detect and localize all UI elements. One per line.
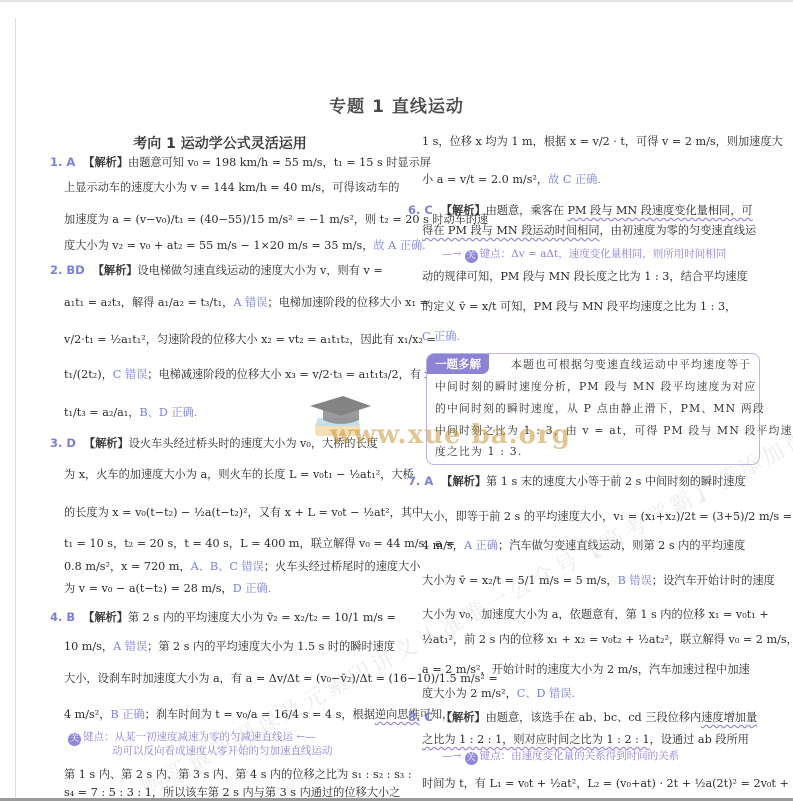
arrow-right-icon: —→ bbox=[442, 248, 465, 260]
q8-line-1: 8. C【解析】由题意，该选手在 ab、bc、cd 三段位移内速度增加量 bbox=[408, 710, 757, 725]
q6-line-3: 动的规律可知，PM 段与 MN 段长度之比为 1 : 3，结合平均速度 bbox=[422, 270, 748, 284]
q6-number: 6. C bbox=[408, 203, 433, 217]
q8-number: 8. C bbox=[408, 710, 433, 724]
q3-line-4: t₁ = 10 s，t₂ = 20 s，t = 40 s，L = 400 m，联… bbox=[64, 537, 455, 551]
section-title: 考向 1 运动学公式灵活运用 bbox=[50, 133, 390, 153]
q8-line-2: 之比为 1 : 2 : 1，则对应时间之比为 1 : 2 : 1，设通过 ab … bbox=[422, 733, 749, 747]
q6-line-1: 6. C【解析】由题意，乘客在 PM 段与 MN 段速度变化量相同，可 bbox=[408, 203, 753, 218]
q6-line-4: 的定义 v̄ = x/t 可知，PM 段与 MN 段平均速度之比为 1 : 3， bbox=[422, 300, 736, 314]
chapter-title: 专题 1 直线运动 bbox=[0, 92, 793, 117]
q2-line-1: 2. BD【解析】设电梯做匀速直线运动的速度大小为 v，则有 v = bbox=[50, 263, 383, 278]
q4-number: 4. B bbox=[50, 610, 75, 624]
watermark-site: www.xue ba.org bbox=[330, 420, 571, 450]
arrow-right-icon: —→ bbox=[442, 750, 465, 762]
q4-line-6: s₄ = 7 : 5 : 3 : 1，所以该车第 2 s 内与第 3 s 内通过… bbox=[64, 786, 400, 800]
q7-line-6: ½at₁²，前 2 s 内的位移 x₁ + x₂ = v₀t₂ + ½at₂²，… bbox=[422, 633, 793, 647]
q7-line-8: 度大小为 2 m/s²，C、D 错误. bbox=[422, 687, 575, 701]
q4-line-2: 10 m/s，A 错误；第 2 s 内的平均速度大小为 1.5 s 时的瞬时速度 bbox=[64, 640, 395, 654]
q6-line-2: 得在 PM 段与 MN 段运动时间相同，由初速度为零的匀变速直线运 bbox=[422, 224, 756, 238]
q7-line-7: a = 2 m/s²，开始计时的速度大小为 2 m/s，汽车加速过程中加速 bbox=[422, 663, 750, 677]
top-border bbox=[0, 0, 793, 2]
q6-keypoint: —→ 关键点：Δv = aΔt，速度变化量相同，则所用时间相同 bbox=[442, 248, 726, 263]
q5-line-2: 小 a = v/t = 2.0 m/s²，故 C 正确. bbox=[422, 173, 601, 187]
q3-line-3: 的长度为 x = v₀(t−t₂) − ½a(t−t₂)²，又有 x + L =… bbox=[64, 506, 423, 520]
keypoint-badge-icon: 关 bbox=[465, 250, 478, 263]
keypoint-badge-icon: 关 bbox=[68, 733, 81, 746]
q1-line-1: 1. A【解析】由题意可知 v₀ = 198 km/h = 55 m/s，t₁ … bbox=[50, 155, 431, 170]
q8-keypoint: —→ 关键点：由速度变化量的关系得到时间的关系 bbox=[442, 750, 679, 765]
q1-tag: 【解析】 bbox=[83, 156, 128, 169]
q7-line-2: 大小，即等于前 2 s 的平均速度大小，v₁ = (x₁+x₂)/2t = (3… bbox=[422, 510, 792, 524]
q3-line-6: 为 v = v₀ − a(t−t₂) = 28 m/s，D 正确. bbox=[64, 582, 271, 596]
q5-line-1: 1 s，位移 x 均为 1 m，根据 x = v/2 · t，可得 v = 2 … bbox=[422, 135, 783, 149]
q1-line-4: 度大小为 v₂ = v₀ + at₂ = 55 m/s − 1×20 m/s =… bbox=[64, 239, 426, 253]
q2-line-3: v/2·t₁ = ½a₁t₁²，匀速阶段的位移大小 x₂ = vt₂ = a₁t… bbox=[64, 333, 436, 347]
q1-number: 1. A bbox=[50, 155, 75, 169]
q8-line-3: 时间为 t，有 L₁ = v₀t + ½at²，L₂ = (v₀+at) · 2… bbox=[422, 777, 789, 791]
q3-line-2: 为 x，火车的加速度大小为 a，则火车的长度 L = v₀t₁ − ½at₁²，… bbox=[64, 468, 414, 482]
q2-line-2: a₁t₁ = a₂t₃，解得 a₁/a₂ = t₃/t₁，A 错误；电梯加速阶段… bbox=[64, 296, 429, 310]
q3-number: 3. D bbox=[50, 436, 76, 450]
q6-conclusion: C 正确. bbox=[422, 330, 460, 344]
q3-line-5: 0.8 m/s²，x = 720 m，A、B、C 错误；火车头经过桥尾时的速度大… bbox=[64, 560, 420, 574]
q1-line-2: 上显示动车的速度大小为 v = 144 km/h = 40 m/s，可得该动车的 bbox=[64, 181, 399, 195]
q4-line-5: 第 1 s 内、第 2 s 内、第 3 s 内、第 4 s 内的位移之比为 s₁… bbox=[64, 768, 412, 782]
left-margin-line bbox=[15, 18, 16, 801]
keypoint-badge-icon: 关 bbox=[465, 752, 478, 765]
arrow-left-icon: ←— bbox=[293, 731, 316, 743]
q2-line-5: t₁/t₃ = a₂/a₁，B、D 正确. bbox=[64, 406, 197, 420]
q7-line-4: 大小为 v̄ = x₂/t = 5/1 m/s = 5 m/s，B 错误；设汽车… bbox=[422, 574, 775, 588]
q1-conclusion: 故 A 正确. bbox=[373, 239, 425, 252]
multi-solution-badge: 一题多解 bbox=[427, 354, 489, 374]
q2-line-4: t₁/(2t₂)，C 错误；电梯减速阶段的位移大小 x₃ = v/2·t₃ = … bbox=[64, 368, 463, 382]
q2-number: 2. BD bbox=[50, 263, 85, 277]
q4-line-1: 4. B【解析】第 2 s 内的平均速度大小为 v̄₂ = x₂/t₂ = 10… bbox=[50, 610, 396, 625]
q7-number: 7. A bbox=[408, 474, 433, 488]
